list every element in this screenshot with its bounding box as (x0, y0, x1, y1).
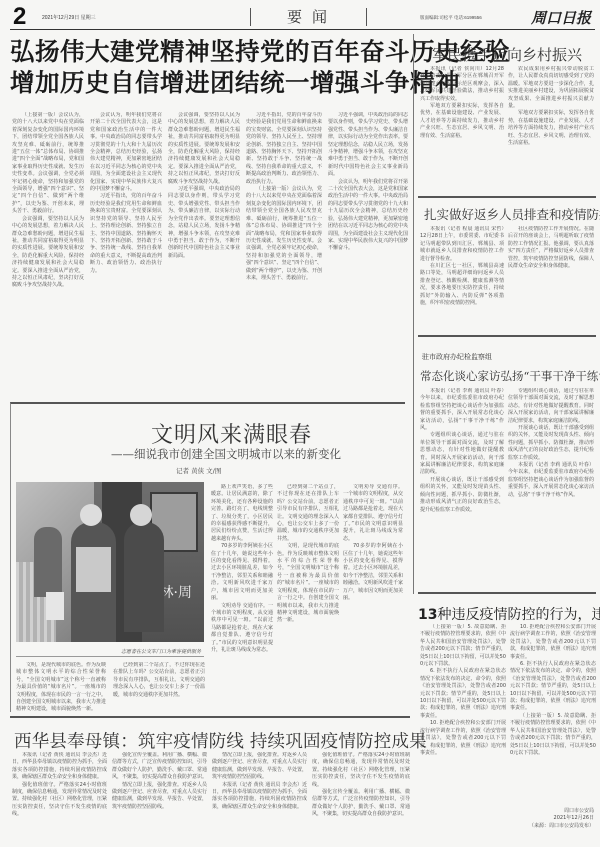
column-divider (413, 34, 414, 594)
story-column: 情况立即上报，强化排查。对返乡人员做到逐户登记、应查尽查，对重点人员实行健康监测… (212, 752, 307, 844)
main-story-column: 会议认为，明年我们党将召开第二十次全国代表大会，这是党和国家政治生活中的一件大事… (90, 112, 162, 396)
feature-column: 已经到第二个站点了，不过你现在还在排队上车吗？公交站台前，志愿者正引导市民有序排… (277, 484, 339, 710)
newspaper-logo: 周口日报 (531, 7, 591, 28)
feature-column: 文明劝导 交通有序。一个城市的文明程度，从交通秩序中可见一斑。“以前过马路都是抢… (343, 484, 403, 710)
section-rule (418, 196, 596, 198)
story-column: 专题组织谈心谈话，通过与驻在单位领导干部面对面交流，及时了解思想动态，有针对性地… (508, 388, 594, 576)
story-headline: 扎实做好返乡人员排查和疫情防控工作 (424, 205, 600, 223)
main-headline-line1: 弘扬伟大建党精神坚持党的百年奋斗历史经验 (10, 36, 410, 67)
story-column: 10. 拒绝配合疾控和公安部门开展流行病学调查工作的，依照《治安管理处罚法》，处… (510, 624, 596, 802)
issue-date: 2021年12月29日 星期三 (42, 14, 96, 21)
feature-column: 路上欢声笑语，多了些暖意。让居民满意的，除了环境美化，还有各种设施的完善。路灯亮… (211, 484, 273, 710)
story-column: 强化值班值守。严格落实24小时值班制度，确保信息畅通，发现异常情况及时处置。持续… (312, 752, 410, 844)
masthead: 2 2021年12月29日 星期三 要闻 版面编辑:司松平 电话:6199556… (10, 4, 595, 30)
feature-column: 已经到第二个站点了，不过你现在还在排队上车吗？公交站台前，志愿者正引导市民有序排… (113, 662, 205, 712)
story-column: 本报讯（记者 侯向川）12月28日，市委、周口军分区在郸城召开军地共建乡村振兴示… (420, 66, 504, 226)
story-headline: 13种违反疫情防控的行为，违法！ (418, 604, 600, 624)
section-rule (418, 335, 596, 337)
main-story-column: 习近平指出，党的百年奋斗历史经验是我们党用生命和鲜血换来的宝贵财富。全党要深刻认… (246, 112, 322, 396)
main-story-column: 会议强调，要坚持以人民为中心的发展思想，着力解决人民群众急难愁盼问题，增进民生福… (168, 112, 240, 396)
story-column: 本报讯（记者 李莉 通讯员 叶春）今年以来，市纪委监委驻市政府办纪检监察组坚持把… (420, 388, 504, 576)
section-rule (418, 592, 596, 594)
story-headline: 常态化谈心家访弘扬“干事干净干练”作风 (420, 368, 600, 384)
feature-headline: 文明风来满眼春 (151, 418, 312, 449)
page-number: 2 (13, 4, 26, 30)
story-column: （上接第一版）5. 故意隐瞒、拒不履行疫情防控管理要求的，依照《中华人民共和国治… (420, 624, 506, 834)
story-kicker: 驻市政府办纪检监察组 (422, 352, 492, 362)
main-story-column: 习近平强调，中央政治局的同志要以身作则，带头学习党史、带头增强党性、带头担当作为… (328, 112, 408, 396)
section-rule (10, 716, 410, 718)
main-story-column: （上接第一版）会议认为，党的十八大以来党中央在党面临着深刻复杂变化的国际国内环境… (12, 112, 84, 396)
story-column: 本报讯（记者 程晨 通讯员 宋哲）12月28日上午，市委常委、市纪委书记马明超带… (420, 226, 504, 326)
feature-column: 文明，是现代城市的底色。作为反映城市整体文明水平的综合性荣誉称号，“全国文明城市… (16, 662, 106, 712)
caption-rule (16, 656, 204, 657)
masthead-divider (250, 8, 251, 26)
story-column: 农民成果用乡村振兴带动脱贫工作，让人民群众真真切切感受到了党的温暖。军地双方要进… (508, 66, 594, 226)
photo-caption: 志愿者在公交车门口为乘客提供服务 (121, 648, 201, 655)
story-headline: 西华县奉母镇：筑牢疫情防线 持续巩固疫情防控成果 (14, 728, 427, 753)
feature-byline: 记者 黄侠 文/图 (176, 466, 221, 475)
masthead-divider (366, 8, 367, 26)
notice-signature: 周口市公安局 2021年12月26日 （来源：周口市公安局发布） (510, 808, 594, 830)
story-headline: 军民携手迈向乡村振兴 (432, 44, 582, 65)
section-title: 要闻 (272, 6, 352, 27)
editor-info: 版面编辑:司松平 电话:6199556 (420, 15, 482, 21)
newspaper-page: 2 2021年12月29日 星期三 要闻 版面编辑:司松平 电话:6199556… (0, 0, 600, 847)
feature-subheadline: ——细说我市创建全国文明城市以来的新变化 (111, 446, 341, 462)
feature-photo: 汇林·周 (16, 482, 204, 642)
headline-number: 13 (418, 607, 437, 623)
story-column: 本报讯（记者 黄侠 通讯员 李会杰）近日，西华县奉母镇以疫情防控为抓手，全面落实… (12, 752, 107, 844)
main-headline: 弘扬伟大建党精神坚持党的百年奋斗历史经验 增加历史自信增进团结统一增强斗争精神 (10, 36, 410, 98)
main-headline-line2: 增加历史自信增进团结统一增强斗争精神 (10, 67, 410, 98)
story-column: 社区疫情防控工作开展情况。在随后召开的座谈会上，马明超听取了疫情防控工作情况汇报… (508, 226, 594, 326)
feature-story: 文明风来满眼春 ——细说我市创建全国文明城市以来的新变化 记者 黄侠 文/图 汇… (10, 402, 405, 712)
story-column: 强化宣传全覆盖。利用广播、横幅、微信群等方式，广泛宣传疫情防控知识，引导群众做好… (112, 752, 207, 844)
